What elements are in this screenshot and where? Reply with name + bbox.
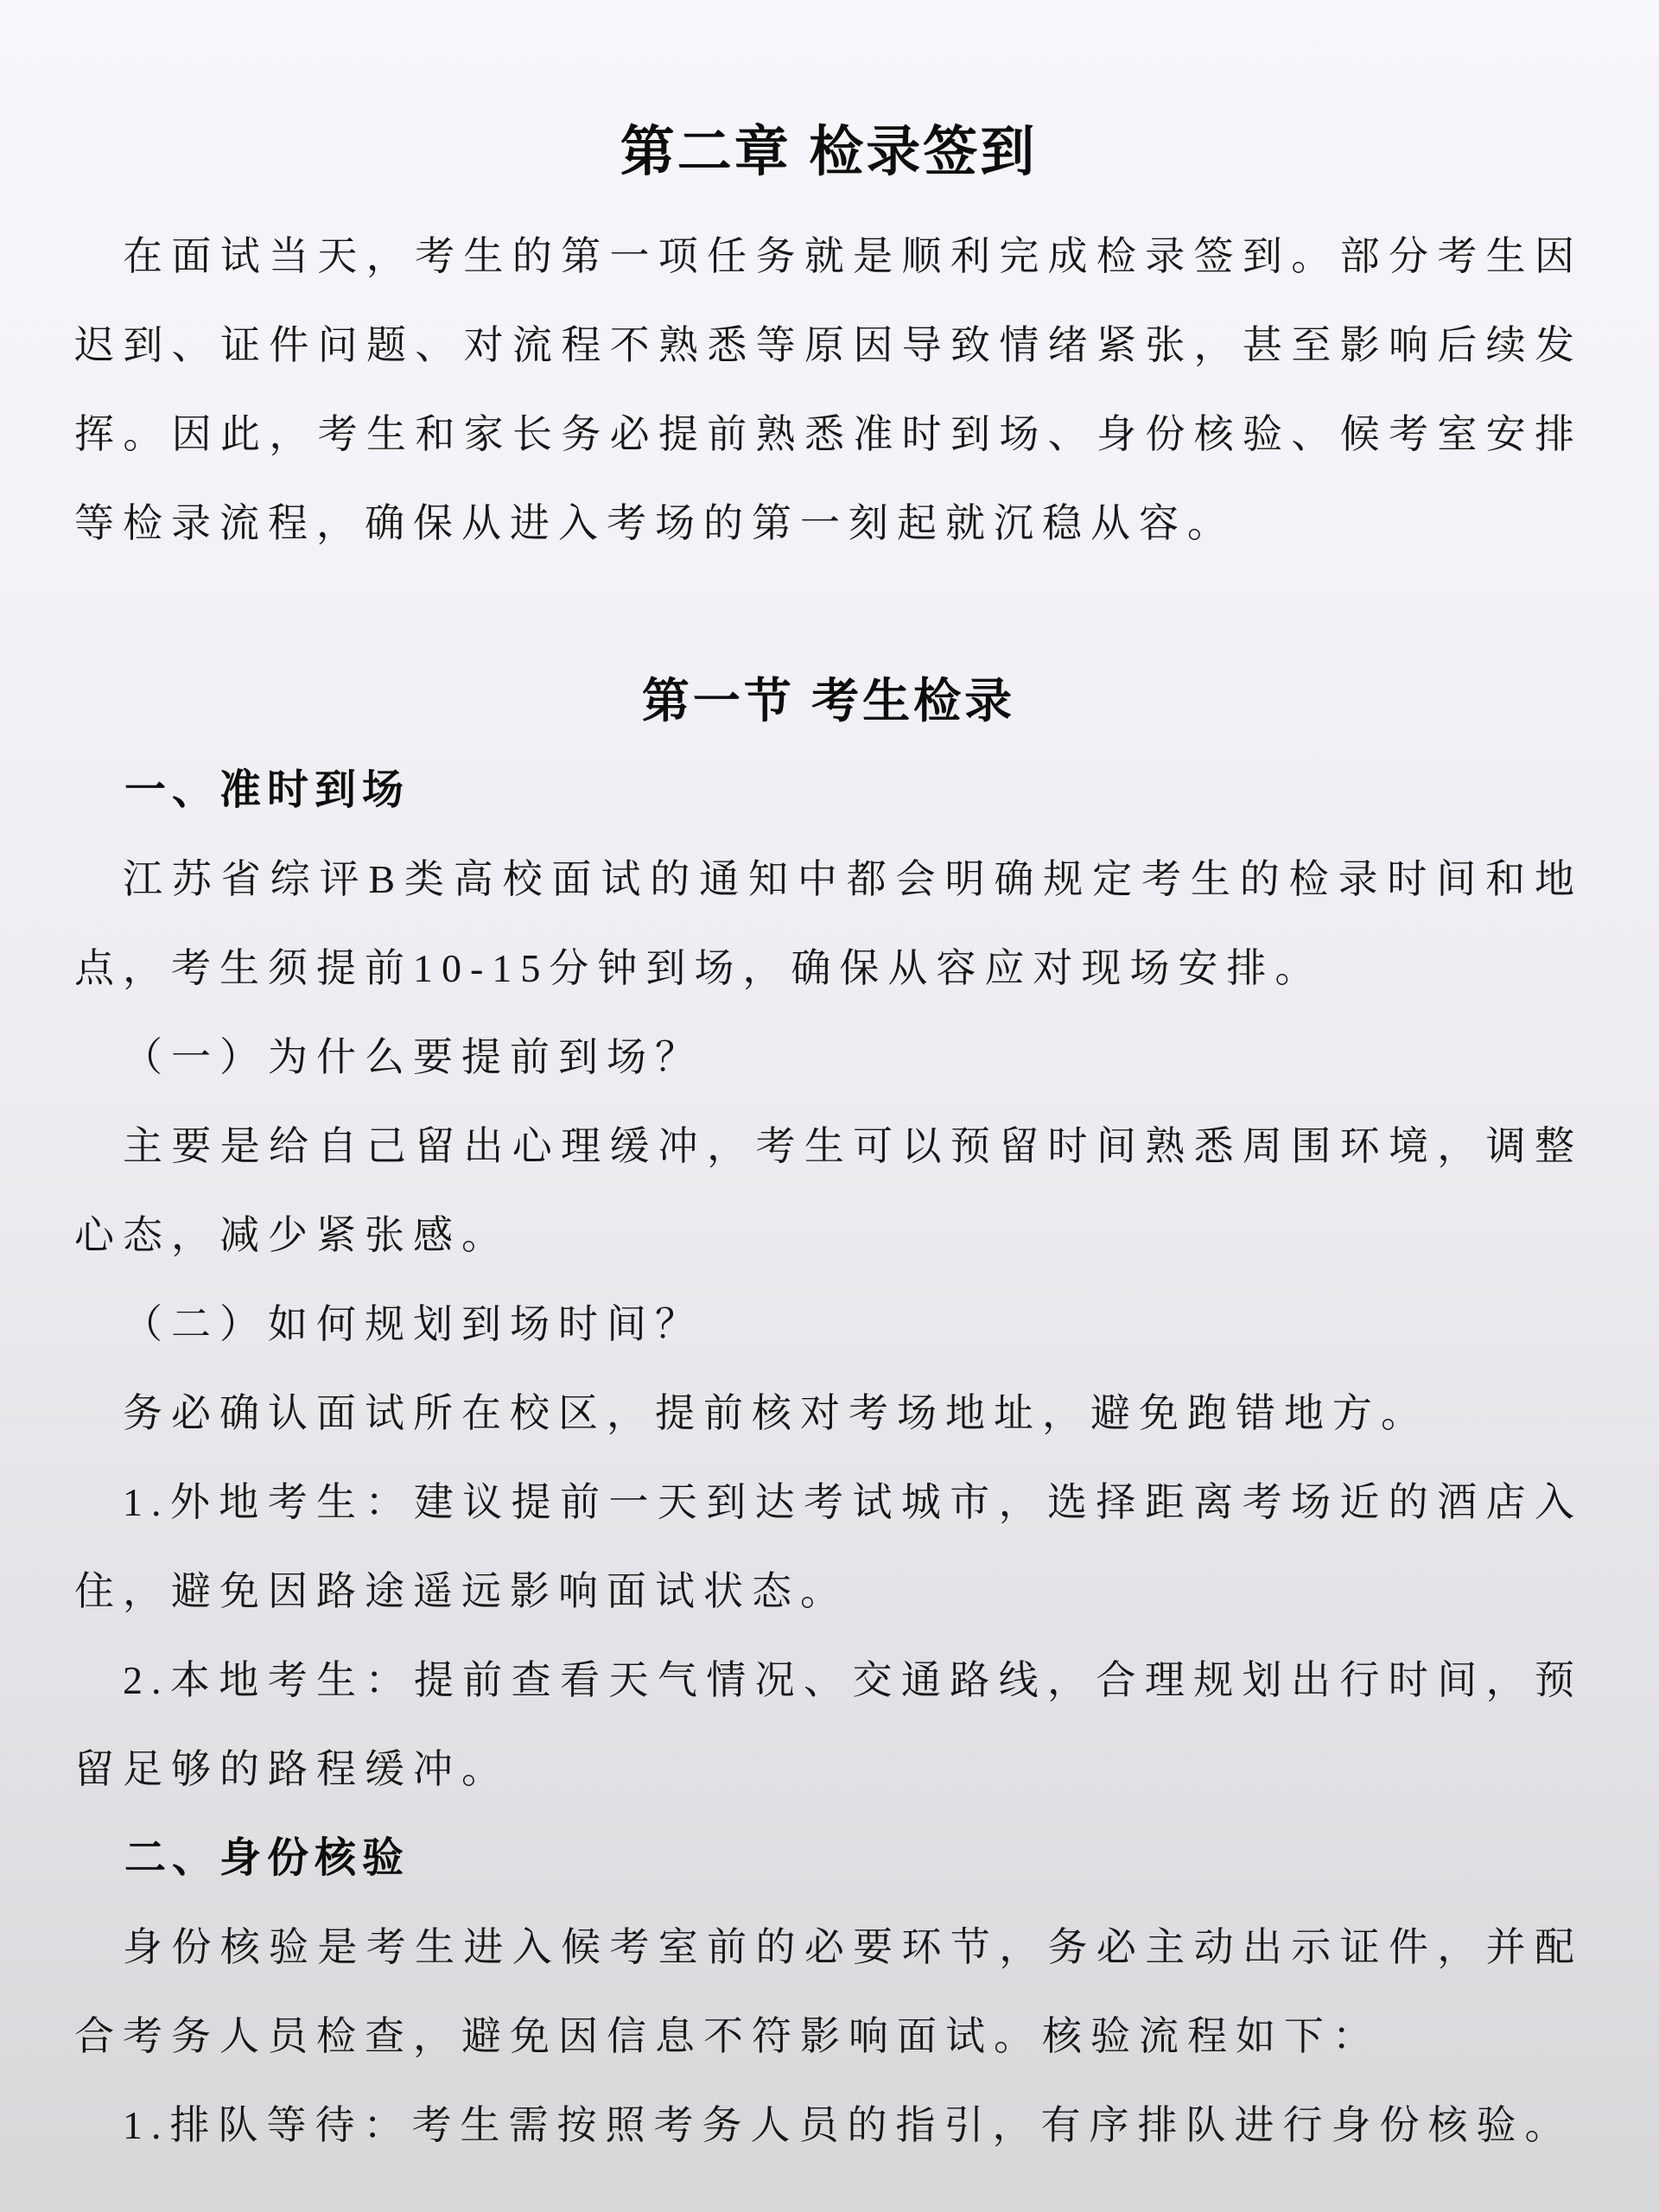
- heading-identity-verification: 二、身份核验: [74, 1814, 1583, 1903]
- list-item-local-candidates: 2.本地考生：提前查看天气情况、交通路线，合理规划出行时间，预留足够的路程缓冲。: [74, 1636, 1583, 1814]
- document-page: 第二章 检录签到 在面试当天，考生的第一项任务就是顺利完成检录签到。部分考生因迟…: [0, 0, 1659, 2212]
- list-item-out-of-town-candidates: 1.外地考生：建议提前一天到达考试城市，选择距离考场近的酒店入住，避免因路途遥远…: [74, 1458, 1583, 1636]
- subheading-why-arrive-early: （一）为什么要提前到场？: [74, 1013, 1583, 1102]
- heading-punctual-arrival: 一、准时到场: [74, 746, 1583, 835]
- paragraph-confirm-campus: 务必确认面试所在校区，提前核对考场地址，避免跑错地方。: [74, 1369, 1583, 1458]
- paragraph-why-arrive-early: 主要是给自己留出心理缓冲，考生可以预留时间熟悉周围环境，调整心态，减少紧张感。: [74, 1102, 1583, 1280]
- list-item-queue-waiting: 1.排队等待：考生需按照考务人员的指引，有序排队进行身份核验。: [74, 2081, 1583, 2170]
- subheading-plan-arrival: （二）如何规划到场时间？: [74, 1280, 1583, 1369]
- paragraph-identity-verification: 身份核验是考生进入候考室前的必要环节，务必主动出示证件，并配合考务人员检查，避免…: [74, 1903, 1583, 2081]
- paragraph-arrival-time: 江苏省综评B类高校面试的通知中都会明确规定考生的检录时间和地点，考生须提前10-…: [74, 835, 1583, 1013]
- intro-paragraph: 在面试当天，考生的第一项任务就是顺利完成检录签到。部分考生因迟到、证件问题、对流…: [74, 212, 1583, 568]
- section-title: 第一节 考生检录: [74, 657, 1583, 746]
- chapter-title: 第二章 检录签到: [74, 0, 1583, 181]
